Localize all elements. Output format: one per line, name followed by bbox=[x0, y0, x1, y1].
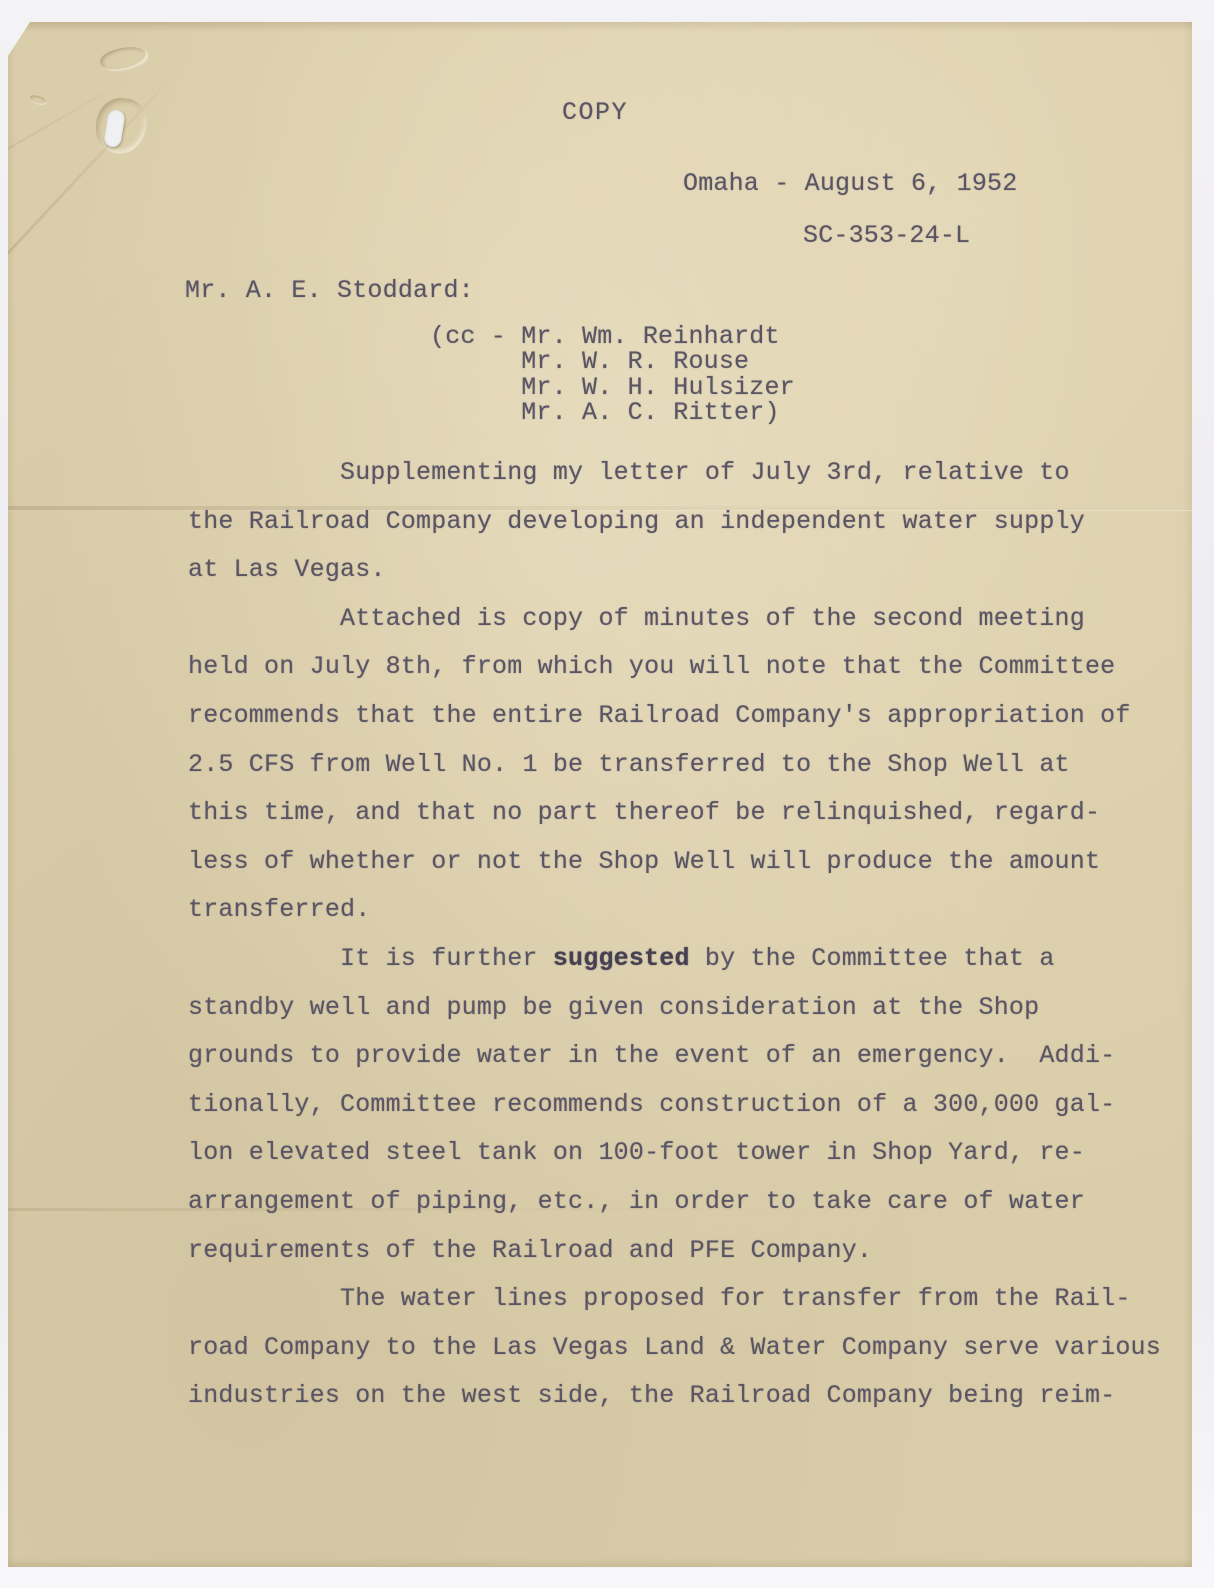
body-line: industries on the west side, the Railroa… bbox=[188, 1372, 1161, 1421]
body-line: recommends that the entire Railroad Comp… bbox=[188, 692, 1161, 741]
body-line: road Company to the Las Vegas Land & Wat… bbox=[188, 1324, 1161, 1373]
copy-label: COPY bbox=[562, 98, 628, 127]
body-line: grounds to provide water in the event of… bbox=[188, 1032, 1161, 1081]
body-line: tionally, Committee recommends construct… bbox=[188, 1081, 1161, 1130]
body-line: lon elevated steel tank on 100-foot towe… bbox=[188, 1129, 1161, 1178]
body-line: 2.5 CFS from Well No. 1 be transferred t… bbox=[188, 741, 1161, 790]
paper-corner-crease bbox=[1, 57, 191, 261]
addressee: Mr. A. E. Stoddard: bbox=[185, 276, 474, 305]
body-line: transferred. bbox=[188, 886, 1161, 935]
cc-list: (cc - Mr. Wm. Reinhardt Mr. W. R. Rouse … bbox=[430, 324, 795, 425]
letter-page: COPY Omaha - August 6, 1952 SC-353-24-L … bbox=[8, 22, 1192, 1567]
cc-line: Mr. A. C. Ritter) bbox=[430, 400, 795, 425]
body-line: requirements of the Railroad and PFE Com… bbox=[188, 1227, 1161, 1276]
cc-line: Mr. W. H. Hulsizer bbox=[430, 375, 795, 400]
body-line: less of whether or not the Shop Well wil… bbox=[188, 838, 1161, 887]
cc-line: Mr. W. R. Rouse bbox=[430, 349, 795, 374]
cc-line: (cc - Mr. Wm. Reinhardt bbox=[430, 324, 795, 349]
dateline: Omaha - August 6, 1952 bbox=[683, 169, 1017, 198]
paper-tear bbox=[98, 43, 147, 74]
body-line: standby well and pump be given considera… bbox=[188, 984, 1161, 1033]
body-line: Attached is copy of minutes of the secon… bbox=[188, 595, 1161, 644]
reference-number: SC-353-24-L bbox=[803, 221, 970, 250]
body-line: the Railroad Company developing an indep… bbox=[188, 498, 1161, 547]
paper-nick bbox=[29, 94, 46, 106]
body-line: The water lines proposed for transfer fr… bbox=[188, 1275, 1161, 1324]
letter-body: Supplementing my letter of July 3rd, rel… bbox=[188, 449, 1161, 1421]
body-line: held on July 8th, from which you will no… bbox=[188, 643, 1161, 692]
scan-background: { "scan": { "background_color": "#f0eff3… bbox=[0, 0, 1214, 1588]
body-line: It is further suggested by the Committee… bbox=[188, 935, 1161, 984]
body-line: Supplementing my letter of July 3rd, rel… bbox=[188, 449, 1161, 498]
body-line: arrangement of piping, etc., in order to… bbox=[188, 1178, 1161, 1227]
body-line: this time, and that no part thereof be r… bbox=[188, 789, 1161, 838]
body-line: at Las Vegas. bbox=[188, 546, 1161, 595]
